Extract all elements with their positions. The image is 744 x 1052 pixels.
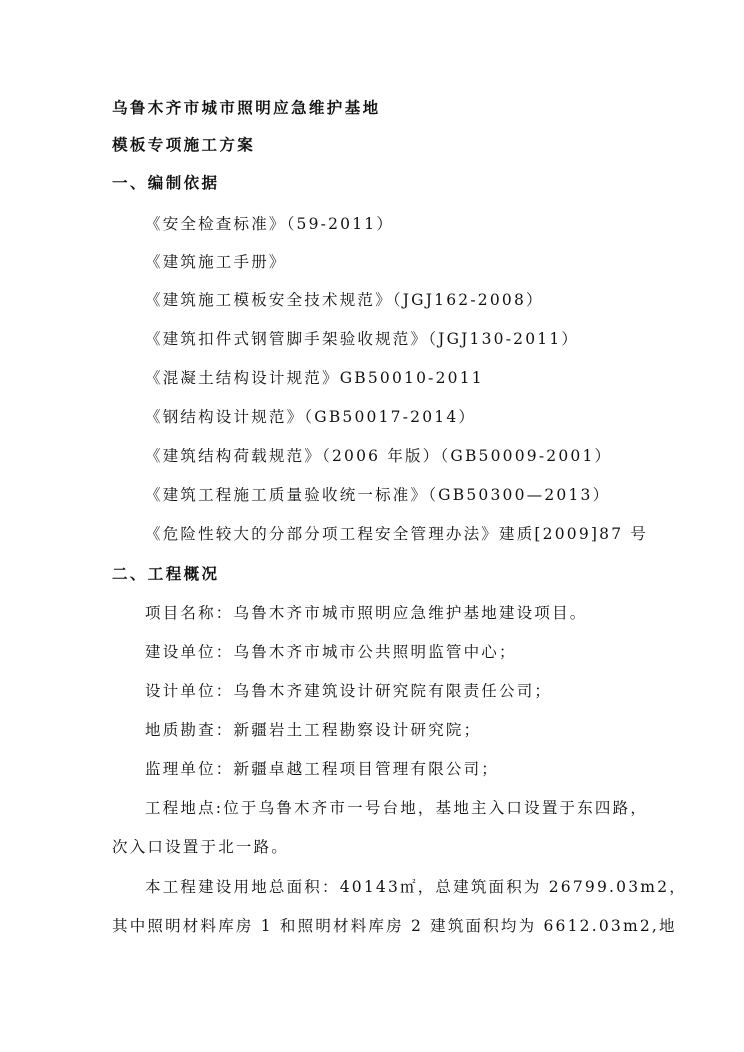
reference-item: 《安全检查标准》（59-2011）: [145, 214, 394, 234]
reference-item: 《混凝土结构设计规范》GB50010-2011: [145, 368, 484, 388]
reference-item: 《建筑工程施工质量验收统一标准》（GB50300—2013）: [145, 485, 610, 505]
overview-location-line2: 次入口设置于北一路。: [112, 837, 289, 857]
overview-location-line1: 工程地点:位于乌鲁木齐市一号台地，基地主入口设置于东四路，: [145, 798, 648, 818]
section-heading-basis: 一、编制依据: [112, 173, 219, 193]
area-text-part2: ，总建筑面积为 26799.03m2，: [418, 878, 687, 896]
document-title-line1: 乌鲁木齐市城市照明应急维护基地: [112, 98, 381, 118]
reference-item: 《建筑施工手册》: [145, 252, 287, 272]
overview-item-designer: 设计单位：乌鲁木齐建筑设计研究院有限责任公司；: [145, 681, 552, 701]
reference-item: 《建筑结构荷载规范》（2006 年版）（GB50009-2001）: [145, 446, 612, 466]
reference-item: 《建筑扣件式钢管脚手架验收规范》（JGJ130-2011）: [145, 329, 579, 349]
overview-item-supervisor: 监理单位：新疆卓越工程项目管理有限公司；: [145, 759, 499, 779]
document-title-line2: 模板专项施工方案: [112, 135, 255, 155]
document-page: 乌鲁木齐市城市照明应急维护基地 模板专项施工方案 一、编制依据 《安全检查标准》…: [0, 0, 744, 1052]
overview-area-line2: 其中照明材料库房 1 和照明材料库房 2 建筑面积均为 6612.03m2,地: [112, 916, 677, 936]
overview-item-owner: 建设单位：乌鲁木齐市城市公共照明监管中心；: [145, 642, 517, 662]
overview-item-project-name: 项目名称：乌鲁木齐市城市照明应急维护基地建设项目。: [145, 603, 588, 623]
section-heading-overview: 二、工程概况: [112, 564, 219, 584]
reference-item: 《建筑施工模板安全技术规范》（JGJ162-2008）: [145, 290, 544, 310]
area-text-part1: 本工程建设用地总面积：40143㎡: [145, 878, 418, 896]
reference-item: 《危险性较大的分部分项工程安全管理办法》建质[2009]87 号: [145, 524, 648, 544]
overview-area-line1: 本工程建设用地总面积：40143㎡，总建筑面积为 26799.03m2，: [145, 877, 687, 897]
reference-item: 《钢结构设计规范》（GB50017-2014）: [145, 407, 476, 427]
overview-item-geology: 地质勘查：新疆岩土工程勘察设计研究院；: [145, 720, 481, 740]
